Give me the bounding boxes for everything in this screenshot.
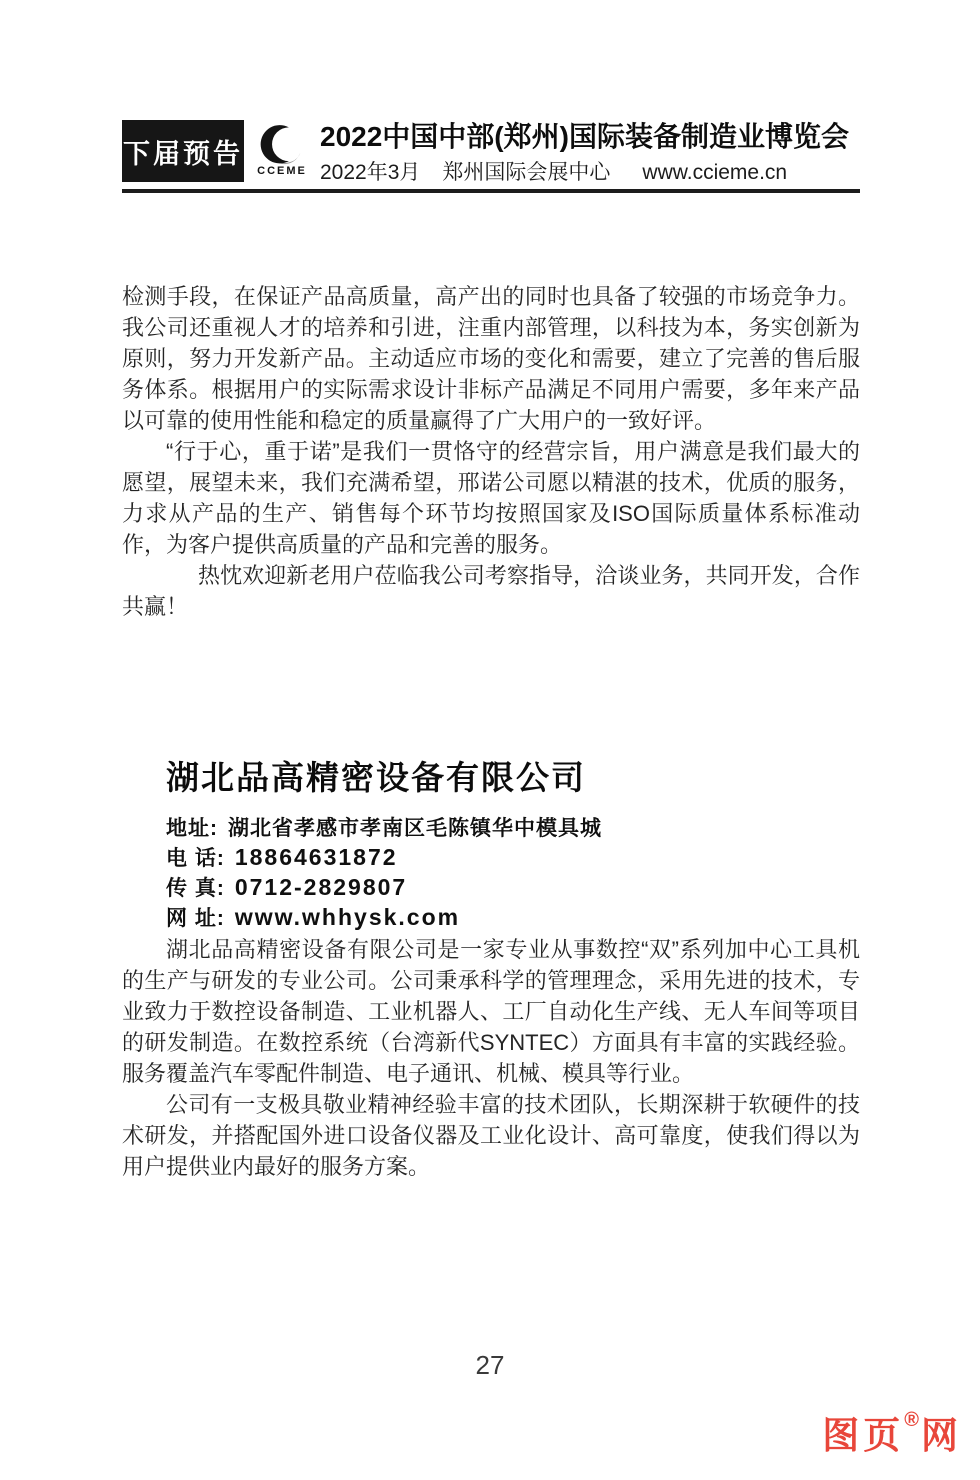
company-info-block: 湖北品高精密设备有限公司 地址: 湖北省孝感市孝南区毛陈镇华中模具城 电 话: … [166, 758, 602, 932]
contact-website-row: 网 址: www.whhysk.com [166, 902, 602, 932]
contact-fax-row: 传 真: 0712-2829807 [166, 872, 602, 902]
registered-mark-icon: ® [904, 1409, 919, 1431]
contact-phone-row: 电 话: 18864631872 [166, 842, 602, 872]
paragraph-company-profile: 湖北品高精密设备有限公司是一家专业从事数控“双”系列加中心工具机的生产与研发的专… [122, 934, 860, 1089]
website-label: 网 址: [166, 902, 225, 932]
paragraph-motto: “行于心，重于诺”是我们一贯恪守的经营宗旨，用户满意是我们最大的愿望，展望未来，… [122, 436, 860, 560]
cceme-crescent-icon [259, 122, 305, 168]
paragraph-team: 公司有一支极具敬业精神经验丰富的技术团队，长期深耕于软硬件的技术研发，并搭配国外… [122, 1089, 860, 1182]
paragraph-welcome: 热忱欢迎新老用户莅临我公司考察指导，洽谈业务，共同开发，合作共赢！ [122, 560, 860, 622]
address-label: 地址: [166, 812, 218, 842]
header-divider [122, 189, 860, 193]
phone-label: 电 话: [166, 842, 225, 872]
fax-value: 0712-2829807 [235, 874, 407, 901]
company-description-article: 湖北品高精密设备有限公司是一家专业从事数控“双”系列加中心工具机的生产与研发的专… [122, 934, 860, 1182]
watermark: 图页®网 [822, 1404, 962, 1465]
address-value: 湖北省孝感市孝南区毛陈镇华中模具城 [228, 812, 602, 842]
cceme-logo: CCEME [250, 118, 314, 177]
next-expo-badge: 下届预告 [122, 120, 244, 182]
page-header: 下届预告 CCEME 2022中国中部(郑州)国际装备制造业博览会 2022年3… [122, 118, 860, 186]
paragraph-quality: 检测手段，在保证产品高质量，高产出的同时也具备了较强的市场竞争力。我公司还重视人… [122, 281, 860, 436]
page-number: 27 [0, 1350, 980, 1381]
contact-address-row: 地址: 湖北省孝感市孝南区毛陈镇华中模具城 [166, 812, 602, 842]
expo-title: 2022中国中部(郑州)国际装备制造业博览会 [320, 120, 860, 153]
expo-meta: 2022年3月 郑州国际会展中心 www.ccieme.cn [320, 156, 860, 186]
company-name: 湖北品高精密设备有限公司 [166, 758, 602, 798]
cceme-logo-text: CCEME [257, 165, 307, 177]
expo-venue: 郑州国际会展中心 [442, 156, 610, 186]
watermark-text-right: 网 [921, 1415, 962, 1456]
watermark-text-left: 图页 [822, 1415, 904, 1456]
fax-label: 传 真: [166, 872, 225, 902]
expo-website: www.ccieme.cn [642, 161, 787, 185]
phone-value: 18864631872 [235, 844, 398, 871]
header-text-block: 2022中国中部(郑州)国际装备制造业博览会 2022年3月 郑州国际会展中心 … [314, 118, 860, 186]
website-value: www.whhysk.com [235, 904, 460, 931]
expo-date: 2022年3月 [320, 156, 420, 186]
scanned-catalog-page: 下届预告 CCEME 2022中国中部(郑州)国际装备制造业博览会 2022年3… [0, 0, 980, 1480]
intro-article: 检测手段，在保证产品高质量，高产出的同时也具备了较强的市场竞争力。我公司还重视人… [122, 281, 860, 622]
